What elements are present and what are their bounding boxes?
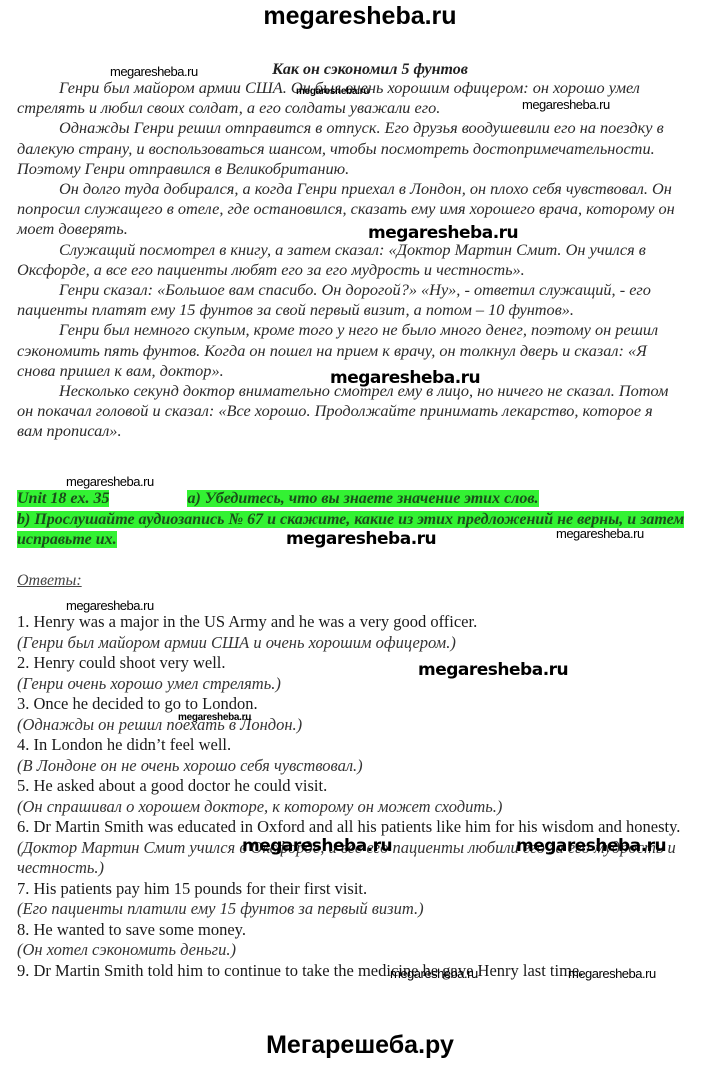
answers-list: 1. Henry was a major in the US Army and … xyxy=(17,612,697,981)
watermark: megaresheba.ru xyxy=(418,660,568,680)
watermark: megaresheba.ru xyxy=(178,712,251,723)
watermark: megaresheba.ru xyxy=(368,223,518,243)
watermark: megaresheba.ru xyxy=(522,97,610,112)
task-part-a: а) Убедитесь, что вы знаете значение эти… xyxy=(187,490,538,507)
watermark: megaresheba.ru xyxy=(330,368,480,388)
answer-en: 3. Once he decided to go to London. xyxy=(17,694,697,715)
watermark: megaresheba.ru xyxy=(296,86,369,97)
answer-ru: (Однажды он решил поехать в Лондон.) xyxy=(17,715,697,736)
answer-ru: (Он спрашивал о хорошем докторе, к котор… xyxy=(17,797,697,818)
answer-ru: (В Лондоне он не очень хорошо себя чувст… xyxy=(17,756,697,777)
watermark: megaresheba.ru xyxy=(556,526,644,541)
watermark: megaresheba.ru xyxy=(568,966,656,981)
answer-en: 2. Henry could shoot very well. xyxy=(17,653,697,674)
answer-ru: (Генри очень хорошо умел стрелять.) xyxy=(17,674,697,695)
story-paragraph: Несколько секунд доктор внимательно смот… xyxy=(17,381,677,442)
answer-ru: (Он хотел сэкономить деньги.) xyxy=(17,940,697,961)
site-header-watermark: megaresheba.ru xyxy=(0,2,720,31)
answer-en: 7. His patients pay him 15 pounds for th… xyxy=(17,879,697,900)
answer-en: 6. Dr Martin Smith was educated in Oxfor… xyxy=(17,817,697,838)
story-paragraph: Однажды Генри решил отправится в отпуск.… xyxy=(17,118,677,179)
watermark: megaresheba.ru xyxy=(66,598,154,613)
story-paragraph: Генри сказал: «Большое вам спасибо. Он д… xyxy=(17,280,677,320)
watermark: megaresheba.ru xyxy=(390,966,478,981)
story-paragraph: Он долго туда добирался, а когда Генри п… xyxy=(17,179,677,240)
story-paragraph: Служащий посмотрел в книгу, а затем сказ… xyxy=(17,240,677,280)
watermark: megaresheba.ru xyxy=(286,529,436,549)
story-title: Как он сэкономил 5 фунтов xyxy=(0,61,720,79)
watermark: megaresheba.ru xyxy=(66,474,154,489)
answer-ru: (Генри был майором армии США и очень хор… xyxy=(17,633,697,654)
watermark: megaresheba.ru xyxy=(242,836,392,856)
answer-en: 4. In London he didn’t feel well. xyxy=(17,735,697,756)
answers-label: Ответы: xyxy=(17,572,82,590)
watermark: megaresheba.ru xyxy=(110,64,198,79)
answer-ru: (Его пациенты платили ему 15 фунтов за п… xyxy=(17,899,697,920)
answer-en: 5. He asked about a good doctor he could… xyxy=(17,776,697,797)
answer-en: 1. Henry was a major in the US Army and … xyxy=(17,612,697,633)
site-footer-watermark: Мегарешеба.ру xyxy=(0,1031,720,1060)
answer-en: 8. He wanted to save some money. xyxy=(17,920,697,941)
task-unit-label: Unit 18 ex. 35 xyxy=(17,490,109,507)
watermark: megaresheba.ru xyxy=(516,836,666,856)
